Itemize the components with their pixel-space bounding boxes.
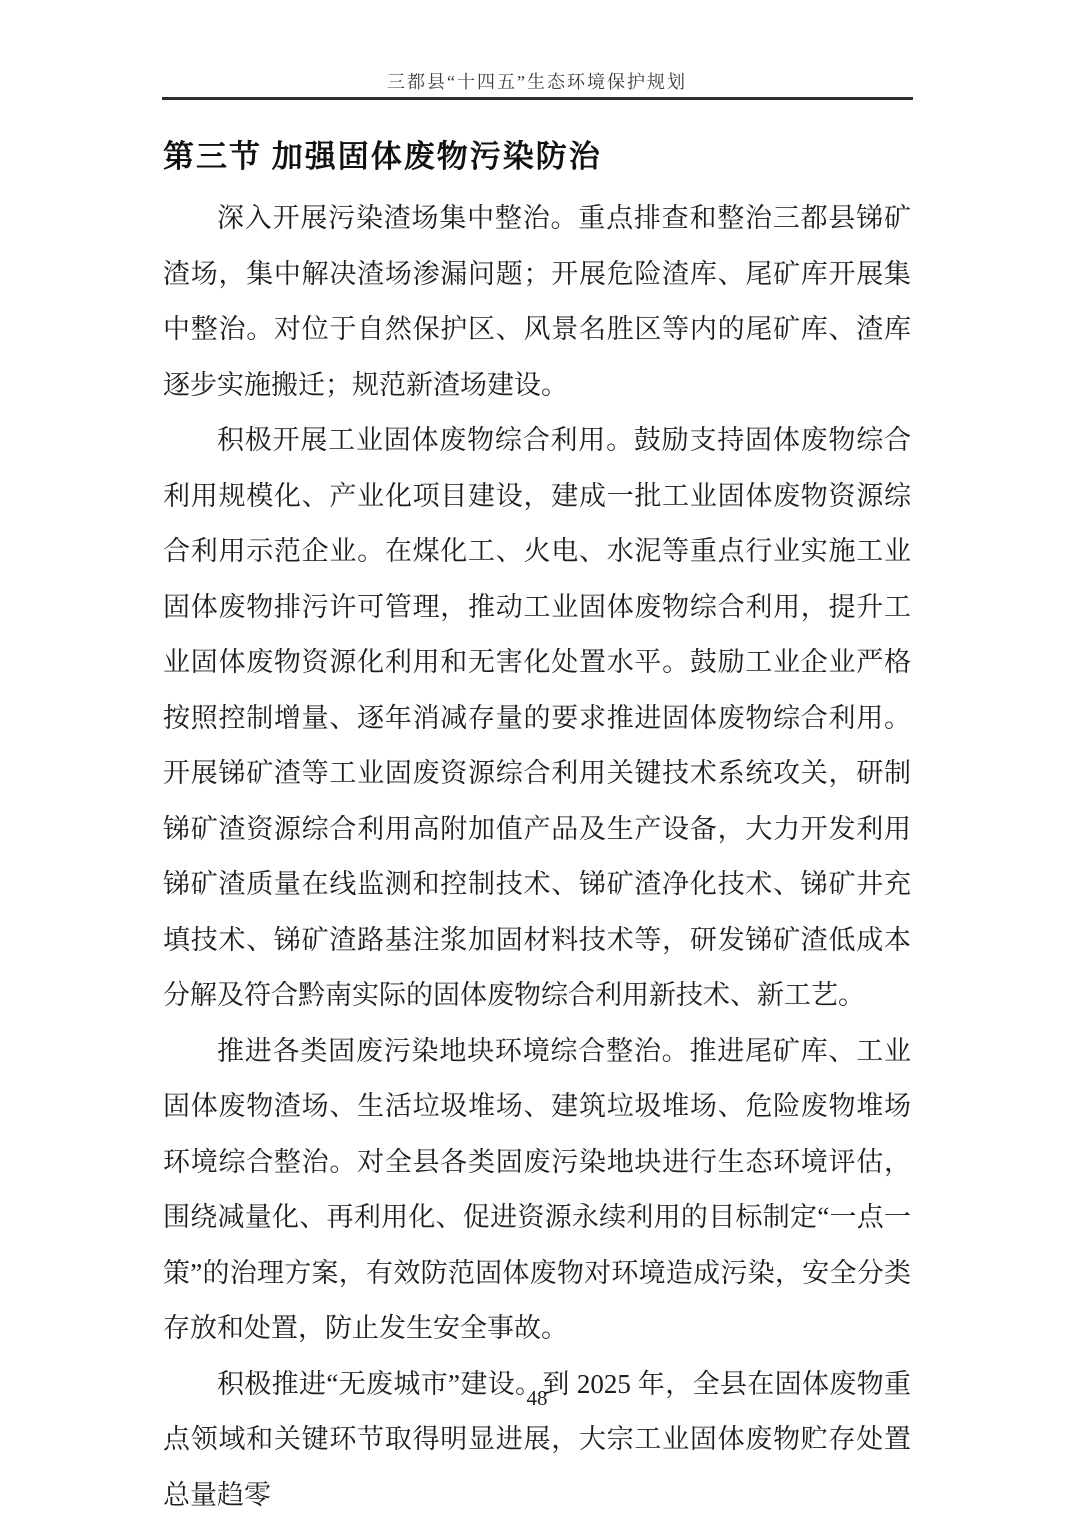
page-number: 48 <box>0 1386 1074 1411</box>
body-paragraph: 深入开展污染渣场集中整治。重点排查和整治三都县锑矿渣场，集中解决渣场渗漏问题；开… <box>163 191 911 413</box>
body-paragraph: 积极推进“无废城市”建设。到 2025 年，全县在固体废物重点领域和关键环节取得… <box>163 1357 911 1520</box>
header-divider <box>162 97 913 100</box>
document-page: 三都县“十四五”生态环境保护规划 第三节 加强固体废物污染防治 深入开展污染渣场… <box>0 0 1074 1520</box>
section-title: 第三节 加强固体废物污染防治 <box>163 131 911 176</box>
body-paragraph: 推进各类固废污染地块环境综合整治。推进尾矿库、工业固体废物渣场、生活垃圾堆场、建… <box>163 1024 911 1357</box>
body-paragraph: 积极开展工业固体废物综合利用。鼓励支持固体废物综合利用规模化、产业化项目建设，建… <box>163 413 911 1024</box>
body-text: 深入开展污染渣场集中整治。重点排查和整治三都县锑矿渣场，集中解决渣场渗漏问题；开… <box>163 191 911 1520</box>
running-header: 三都县“十四五”生态环境保护规划 <box>0 68 1074 94</box>
